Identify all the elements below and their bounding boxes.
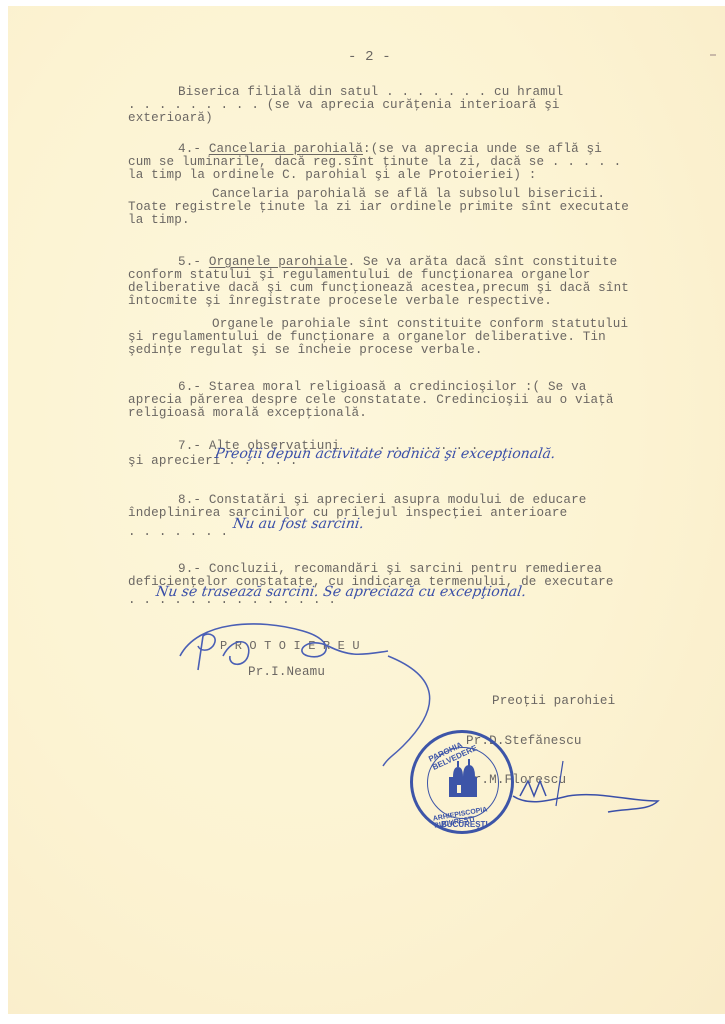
florescu-signature (8, 6, 725, 1024)
church-icon (443, 757, 483, 801)
stamp-city: BUCUREŞTI (441, 820, 488, 829)
document-page: - 2 - Biserica filială din satul . . . .… (8, 6, 725, 1014)
parish-stamp: PAROHIA BELVEDERE ARHIEPISCOPIA BUCUREŞT… (410, 730, 514, 834)
